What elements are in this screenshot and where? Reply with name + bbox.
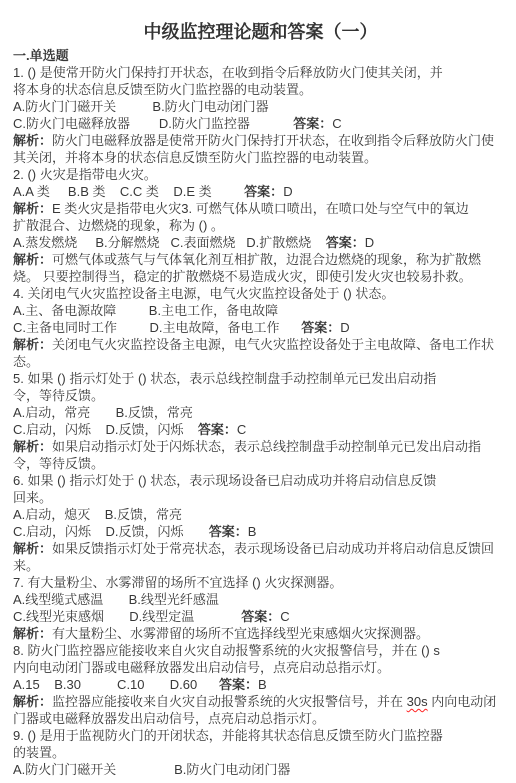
text-segment: 6. 如果 () 指示灯处于 () 状态，表示现场设备已启动成功并将启动信息反馈 [13, 473, 436, 488]
doc-line: 将本身的状态信息反馈至防火门监控器的电动装置。 [13, 81, 508, 98]
bold-label: 答案： [326, 235, 365, 250]
spellcheck-flagged-text: 30s [407, 694, 428, 709]
doc-line: 烧。 只要控制得当，稳定的扩散燃烧不易造成火灾，即使引发火灾也较易扑救。 [13, 268, 508, 285]
text-segment: 5. 如果 () 指示灯处于 () 状态，表示总线控制盘手动控制单元已发出启动指 [13, 371, 436, 386]
doc-line: 解析：如果反馈指示灯处于常亮状态，表示现场设备已启动成功并将启动信息反馈回 [13, 540, 508, 557]
text-segment: C.启动，闪烁 D.反馈，闪烁 [13, 524, 209, 539]
doc-line: 令，等待反馈。 [13, 455, 508, 472]
doc-line: C.启动，闪烁 D.反馈，闪烁 答案：C [13, 421, 508, 438]
text-segment: 如果反馈指示灯处于常亮状态，表示现场设备已启动成功并将启动信息反馈回 [52, 541, 494, 556]
text-segment: 关闭电气火灾监控设备主电源，电气火灾监控设备处于主电故障、备电工作状 [52, 337, 494, 352]
doc-line: 2. () 火灾是指带电火灾。 [13, 166, 508, 183]
text-segment: 8. 防火门监控器应能接收来自火灾自动报警系统的火灾报警信号，并在 () s [13, 643, 440, 658]
doc-line: A.15 B.30 C.10 D.60 答案：B [13, 676, 508, 693]
text-segment: B [258, 677, 267, 692]
doc-line: 解析：可燃气体或蒸气与气体氧化剂互相扩散，边混合边燃烧的现象，称为扩散燃 [13, 251, 508, 268]
text-segment: 回来。 [13, 490, 52, 505]
doc-line: 解析：防火门电磁释放器是使常开防火门保持打开状态，在收到指令后释放防火门使 [13, 132, 508, 149]
doc-line: 解析：关闭电气火灾监控设备主电源，电气火灾监控设备处于主电故障、备电工作状 [13, 336, 508, 353]
doc-line: 态。 [13, 353, 508, 370]
text-segment: A.线型缆式感温 B.线型光纤感温 [13, 592, 219, 607]
text-segment: A.防火门门磁开关 B.防火门电动闭门器 [13, 99, 269, 114]
doc-line: 7. 有大量粉尘、水雾滞留的场所不宜选择 () 火灾探测器。 [13, 574, 508, 591]
doc-line: A.线型缆式感温 B.线型光纤感温 [13, 591, 508, 608]
text-segment: A.蒸发燃烧 B.分解燃烧 C.表面燃烧 D.扩散燃烧 [13, 235, 326, 250]
doc-line: 解析：监控器应能接收来自火灾自动报警系统的火灾报警信号，并在 30s 内向电动闭 [13, 693, 508, 710]
bold-label: 答案： [198, 422, 237, 437]
doc-line: 8. 防火门监控器应能接收来自火灾自动报警系统的火灾报警信号，并在 () s [13, 642, 508, 659]
doc-line: A.启动，常亮 B.反馈，常亮 [13, 404, 508, 421]
bold-label: 答案： [241, 609, 280, 624]
doc-line: 回来。 [13, 489, 508, 506]
text-segment: A.启动，常亮 B.反馈，常亮 [13, 405, 193, 420]
text-segment: A.A 类 B.B 类 C.C 类 D.E 类 [13, 184, 244, 199]
bold-label: 解析： [13, 133, 52, 148]
text-segment: 防火门电磁释放器是使常开防火门保持打开状态，在收到指令后释放防火门使 [52, 133, 494, 148]
doc-line: 5. 如果 () 指示灯处于 () 状态，表示总线控制盘手动控制单元已发出启动指 [13, 370, 508, 387]
text-segment: A.防火门门磁开关 B.防火门电动闭门器 [13, 762, 290, 777]
doc-line: C.主备电同时工作 D.主电故障，备电工作 答案：D [13, 319, 508, 336]
bold-label: 解析： [13, 626, 52, 641]
text-segment: D [365, 235, 374, 250]
doc-line: 令，等待反馈。 [13, 387, 508, 404]
doc-line: A.主、备电源故障 B.主电工作，备电故障 [13, 302, 508, 319]
text-segment: C.启动，闪烁 D.反馈，闪烁 [13, 422, 198, 437]
text-segment: B [248, 524, 257, 539]
document-body: 一.单选题1. () 是使常开防火门保持打开状态，在收到指令后释放防火门使其关闭… [13, 47, 508, 778]
text-segment: 如果启动指示灯处于闪烁状态，表示总线控制盘手动控制单元已发出启动指 [52, 439, 481, 454]
doc-line: C.启动，闪烁 D.反馈，闪烁 答案：B [13, 523, 508, 540]
text-segment: 7. 有大量粉尘、水雾滞留的场所不宜选择 () 火灾探测器。 [13, 575, 342, 590]
doc-line: A.启动，熄灭 B.反馈，常亮 [13, 506, 508, 523]
bold-label: 解析： [13, 201, 52, 216]
text-segment: C.线型光束感烟 D.线型定温 [13, 609, 241, 624]
doc-line: 来。 [13, 557, 508, 574]
bold-label: 答案： [219, 677, 258, 692]
text-segment: 来。 [13, 558, 39, 573]
doc-line: 解析：如果启动指示灯处于闪烁状态，表示总线控制盘手动控制单元已发出启动指 [13, 438, 508, 455]
bold-label: 解析： [13, 541, 52, 556]
doc-line: C.线型光束感烟 D.线型定温 答案：C [13, 608, 508, 625]
text-segment: E 类火灾是指带电火灾3. 可燃气体从喷口喷出，在喷口处与空气中的氧边 [52, 201, 469, 216]
page-title: 中级监控理论题和答案（一） [13, 20, 508, 44]
text-segment: 1. () 是使常开防火门保持打开状态，在收到指令后释放防火门使其关闭，并 [13, 65, 443, 80]
text-segment: 令，等待反馈。 [13, 388, 104, 403]
doc-line: A.防火门门磁开关 B.防火门电动闭门器 [13, 98, 508, 115]
text-segment: 门器或电磁释放器发出启动信号，点亮启动总指示灯。 [13, 711, 325, 726]
bold-label: 解析： [13, 337, 52, 352]
bold-label: 答案： [293, 116, 332, 131]
text-segment: C.主备电同时工作 D.主电故障，备电工作 [13, 320, 301, 335]
document-page: 中级监控理论题和答案（一） 一.单选题1. () 是使常开防火门保持打开状态，在… [0, 0, 516, 778]
doc-line: 扩散混合、边燃烧的现象，称为 () 。 [13, 217, 508, 234]
text-segment: C [280, 609, 289, 624]
bold-label: 一.单选题 [13, 48, 69, 63]
bold-label: 解析： [13, 439, 52, 454]
text-segment: 有大量粉尘、水雾滞留的场所不宜选择线型光束感烟火灾探测器。 [52, 626, 429, 641]
doc-line: A.蒸发燃烧 B.分解燃烧 C.表面燃烧 D.扩散燃烧 答案：D [13, 234, 508, 251]
doc-line: 9. () 是用于监视防火门的开闭状态，并能将其状态信息反馈至防火门监控器 [13, 727, 508, 744]
text-segment: C [332, 116, 341, 131]
text-segment: 将本身的状态信息反馈至防火门监控器的电动装置。 [13, 82, 312, 97]
text-segment: 态。 [13, 354, 39, 369]
text-segment: C.防火门电磁释放器 D.防火门监控器 [13, 116, 293, 131]
doc-line: C.防火门电磁释放器 D.防火门监控器 答案：C [13, 115, 508, 132]
doc-line: 内向电动闭门器或电磁释放器发出启动信号，点亮启动总指示灯。 [13, 659, 508, 676]
doc-line: 6. 如果 () 指示灯处于 () 状态，表示现场设备已启动成功并将启动信息反馈 [13, 472, 508, 489]
text-segment: 内向电动闭门器或电磁释放器发出启动信号，点亮启动总指示灯。 [13, 660, 390, 675]
text-segment: A.主、备电源故障 B.主电工作，备电故障 [13, 303, 278, 318]
text-segment: D [283, 184, 292, 199]
text-segment: 令，等待反馈。 [13, 456, 104, 471]
bold-label: 解析： [13, 252, 52, 267]
bold-label: 答案： [301, 320, 340, 335]
doc-line: 门器或电磁释放器发出启动信号，点亮启动总指示灯。 [13, 710, 508, 727]
text-segment: A.启动，熄灭 B.反馈，常亮 [13, 507, 182, 522]
text-segment: 扩散混合、边燃烧的现象，称为 () 。 [13, 218, 224, 233]
bold-label: 答案： [209, 524, 248, 539]
text-segment: 4. 关闭电气火灾监控设备主电源，电气火灾监控设备处于 () 状态。 [13, 286, 394, 301]
doc-line: A.防火门门磁开关 B.防火门电动闭门器 [13, 761, 508, 778]
section-heading: 一.单选题 [13, 47, 508, 64]
text-segment: C [237, 422, 246, 437]
text-segment: D [340, 320, 349, 335]
doc-line: 1. () 是使常开防火门保持打开状态，在收到指令后释放防火门使其关闭，并 [13, 64, 508, 81]
doc-line: A.A 类 B.B 类 C.C 类 D.E 类 答案：D [13, 183, 508, 200]
text-segment: 9. () 是用于监视防火门的开闭状态，并能将其状态信息反馈至防火门监控器 [13, 728, 443, 743]
doc-line: 其关闭，并将本身的状态信息反馈至防火门监控器的电动装置。 [13, 149, 508, 166]
text-segment: 的装置。 [13, 745, 65, 760]
text-segment: 2. () 火灾是指带电火灾。 [13, 167, 157, 182]
text-segment: 烧。 只要控制得当，稳定的扩散燃烧不易造成火灾，即使引发火灾也较易扑救。 [13, 269, 472, 284]
doc-line: 的装置。 [13, 744, 508, 761]
doc-line: 4. 关闭电气火灾监控设备主电源，电气火灾监控设备处于 () 状态。 [13, 285, 508, 302]
text-segment: A.15 B.30 C.10 D.60 [13, 677, 219, 692]
bold-label: 答案： [244, 184, 283, 199]
text-segment: 其关闭，并将本身的状态信息反馈至防火门监控器的电动装置。 [13, 150, 377, 165]
text-segment: 内向电动闭 [428, 694, 497, 709]
doc-line: 解析：有大量粉尘、水雾滞留的场所不宜选择线型光束感烟火灾探测器。 [13, 625, 508, 642]
doc-line: 解析：E 类火灾是指带电火灾3. 可燃气体从喷口喷出，在喷口处与空气中的氧边 [13, 200, 508, 217]
bold-label: 解析： [13, 694, 52, 709]
text-segment: 监控器应能接收来自火灾自动报警系统的火灾报警信号，并在 [52, 694, 407, 709]
text-segment: 可燃气体或蒸气与气体氧化剂互相扩散，边混合边燃烧的现象，称为扩散燃 [52, 252, 481, 267]
